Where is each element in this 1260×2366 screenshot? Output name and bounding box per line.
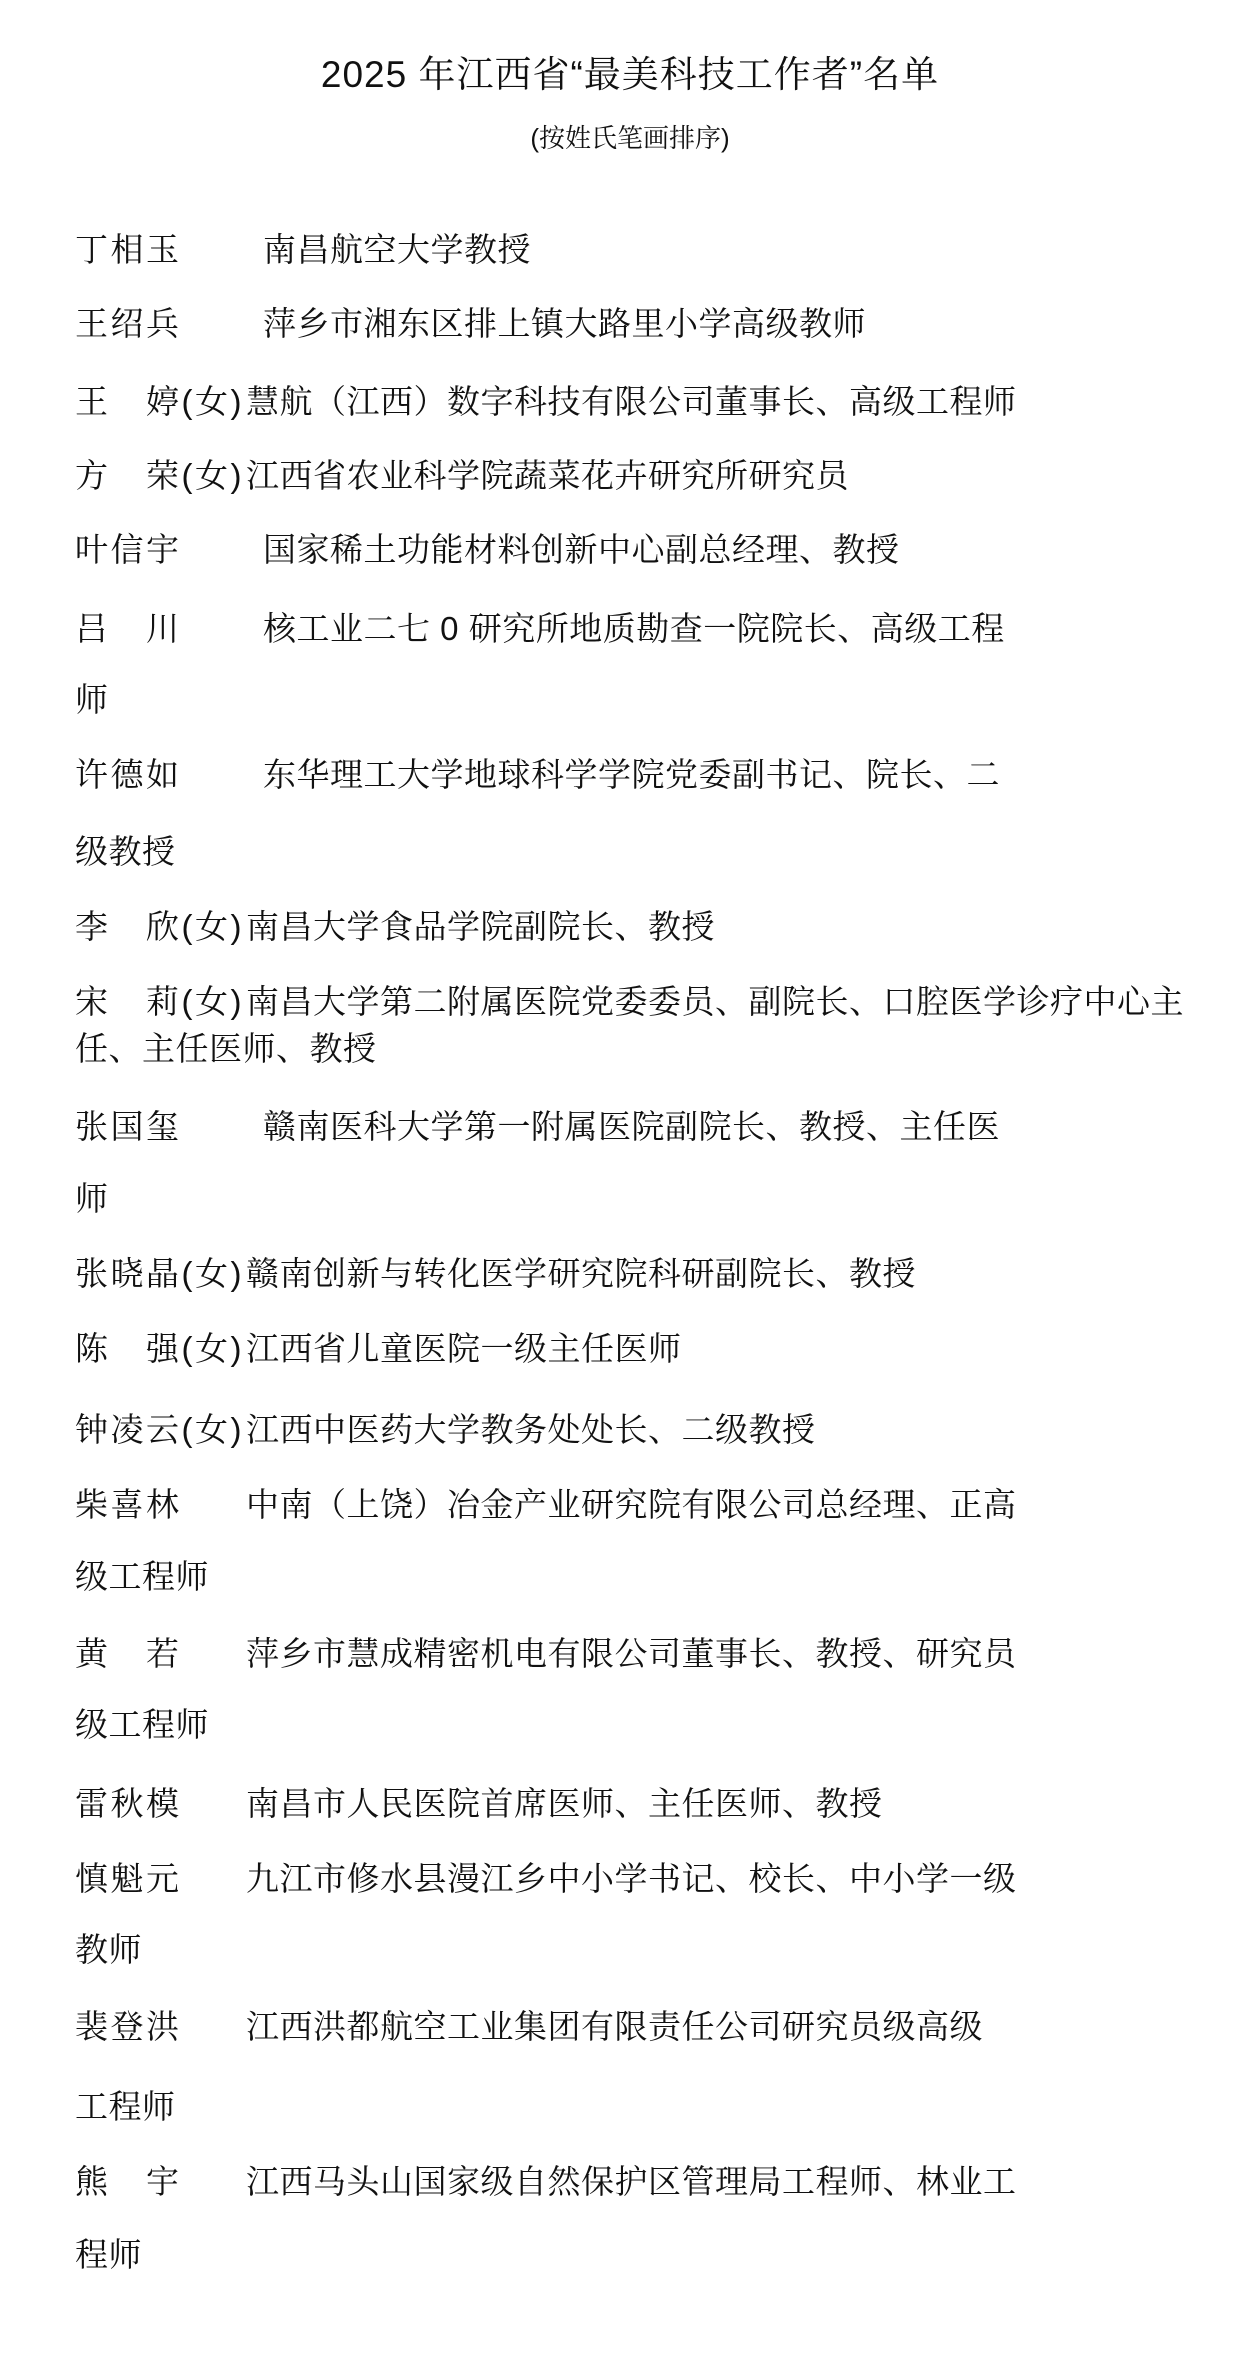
person-affiliation-wrap: 程师 — [75, 2236, 142, 2273]
list-line: 吕 川核工业二七 0 研究所地质勘查一院院长、高级工程 — [75, 612, 1195, 647]
person-affiliation: 中南（上饶）冶金产业研究院有限公司总经理、正高 — [246, 1486, 1017, 1523]
person-name: 钟凌云(女) — [75, 1413, 246, 1448]
list-line: 叶信宇国家稀土功能材料创新中心副总经理、教授 — [75, 533, 1195, 568]
person-affiliation: 赣南医科大学第一附属医院副院长、教授、主任医 — [263, 1108, 1000, 1145]
person-name: 张晓晶(女) — [75, 1257, 246, 1292]
list-line: 黄 若萍乡市慧成精密机电有限公司董事长、教授、研究员 — [75, 1637, 1195, 1672]
person-affiliation: 慧航（江西）数字科技有限公司董事长、高级工程师 — [246, 383, 1017, 420]
list-line: 陈 强(女)江西省儿童医院一级主任医师 — [75, 1332, 1195, 1367]
list-line: 级教授 — [75, 835, 1195, 870]
list-line: 丁相玉南昌航空大学教授 — [75, 233, 1195, 268]
person-name: 熊 宇 — [75, 2165, 246, 2200]
person-affiliation: 江西洪都航空工业集团有限责任公司研究员级高级 — [246, 2008, 983, 2045]
list-line: 王绍兵萍乡市湘东区排上镇大路里小学高级教师 — [75, 307, 1195, 342]
person-affiliation: 江西中医药大学教务处处长、二级教授 — [246, 1411, 816, 1448]
person-name: 王 婷(女) — [75, 385, 246, 420]
list-line: 雷秋模南昌市人民医院首席医师、主任医师、教授 — [75, 1787, 1195, 1822]
person-name: 许德如 — [75, 758, 263, 793]
person-affiliation-wrap: 工程师 — [75, 2088, 176, 2125]
person-name: 王绍兵 — [75, 307, 263, 342]
person-affiliation: 南昌市人民医院首席医师、主任医师、教授 — [246, 1785, 883, 1822]
person-affiliation: 九江市修水县漫江乡中小学书记、校长、中小学一级 — [246, 1860, 1017, 1897]
person-affiliation: 赣南创新与转化医学研究院科研副院长、教授 — [246, 1255, 916, 1292]
person-name: 陈 强(女) — [75, 1332, 246, 1367]
list-line: 宋 莉(女)南昌大学第二附属医院党委委员、副院长、口腔医学诊疗中心主 — [75, 985, 1195, 1020]
list-line: 柴喜林中南（上饶）冶金产业研究院有限公司总经理、正高 — [75, 1488, 1195, 1523]
person-affiliation-wrap: 级教授 — [75, 833, 176, 870]
list-line: 方 荣(女)江西省农业科学院蔬菜花卉研究所研究员 — [75, 459, 1195, 494]
person-name: 叶信宇 — [75, 533, 263, 568]
person-name: 吕 川 — [75, 612, 263, 647]
list-line: 师 — [75, 683, 1195, 718]
list-line: 工程师 — [75, 2090, 1195, 2125]
person-name: 丁相玉 — [75, 233, 263, 268]
person-affiliation-wrap: 任、主任医师、教授 — [75, 1030, 377, 1067]
person-affiliation-wrap: 师 — [75, 1180, 109, 1217]
person-name: 李 欣(女) — [75, 910, 246, 945]
list-line: 任、主任医师、教授 — [75, 1032, 1195, 1067]
person-affiliation: 江西省农业科学院蔬菜花卉研究所研究员 — [246, 457, 849, 494]
list-line: 教师 — [75, 1933, 1195, 1968]
person-affiliation-wrap: 级工程师 — [75, 1558, 209, 1595]
person-affiliation: 萍乡市湘东区排上镇大路里小学高级教师 — [263, 305, 866, 342]
person-name: 雷秋模 — [75, 1787, 246, 1822]
list-line: 王 婷(女)慧航（江西）数字科技有限公司董事长、高级工程师 — [75, 385, 1195, 420]
person-name: 宋 莉(女) — [75, 985, 246, 1020]
list-line: 裴登洪江西洪都航空工业集团有限责任公司研究员级高级 — [75, 2010, 1195, 2045]
document-page: 2025 年江西省“最美科技工作者”名单 (按姓氏笔画排序) 丁相玉南昌航空大学… — [0, 0, 1260, 2366]
list-line: 李 欣(女)南昌大学食品学院副院长、教授 — [75, 910, 1195, 945]
list-line: 程师 — [75, 2238, 1195, 2273]
person-name: 方 荣(女) — [75, 459, 246, 494]
person-affiliation: 江西省儿童医院一级主任医师 — [246, 1330, 682, 1367]
person-affiliation-wrap: 级工程师 — [75, 1706, 209, 1743]
list-line: 慎魁元九江市修水县漫江乡中小学书记、校长、中小学一级 — [75, 1862, 1195, 1897]
person-affiliation: 南昌大学第二附属医院党委委员、副院长、口腔医学诊疗中心主 — [246, 983, 1184, 1020]
person-affiliation: 核工业二七 0 研究所地质勘查一院院长、高级工程 — [263, 610, 1005, 647]
person-name: 黄 若 — [75, 1637, 246, 1672]
person-affiliation: 南昌大学食品学院副院长、教授 — [246, 908, 715, 945]
list-line: 级工程师 — [75, 1560, 1195, 1595]
person-name: 慎魁元 — [75, 1862, 246, 1897]
list-line: 级工程师 — [75, 1708, 1195, 1743]
list-line: 张晓晶(女)赣南创新与转化医学研究院科研副院长、教授 — [75, 1257, 1195, 1292]
person-affiliation-wrap: 教师 — [75, 1931, 142, 1968]
person-affiliation: 东华理工大学地球科学学院党委副书记、院长、二 — [263, 756, 1000, 793]
person-name: 柴喜林 — [75, 1488, 246, 1523]
list-line: 许德如东华理工大学地球科学学院党委副书记、院长、二 — [75, 758, 1195, 793]
person-affiliation: 南昌航空大学教授 — [263, 231, 531, 268]
person-name: 裴登洪 — [75, 2010, 246, 2045]
person-affiliation-wrap: 师 — [75, 681, 109, 718]
list-line: 张国玺赣南医科大学第一附属医院副院长、教授、主任医 — [75, 1110, 1195, 1145]
person-name: 张国玺 — [75, 1110, 263, 1145]
list-line: 熊 宇江西马头山国家级自然保护区管理局工程师、林业工 — [75, 2165, 1195, 2200]
page-title: 2025 年江西省“最美科技工作者”名单 — [0, 54, 1260, 97]
list-line: 钟凌云(女)江西中医药大学教务处处长、二级教授 — [75, 1413, 1195, 1448]
page-subtitle: (按姓氏笔画排序) — [0, 124, 1260, 154]
list-line: 师 — [75, 1182, 1195, 1217]
person-affiliation: 江西马头山国家级自然保护区管理局工程师、林业工 — [246, 2163, 1017, 2200]
person-affiliation: 萍乡市慧成精密机电有限公司董事长、教授、研究员 — [246, 1635, 1017, 1672]
person-affiliation: 国家稀土功能材料创新中心副总经理、教授 — [263, 531, 900, 568]
